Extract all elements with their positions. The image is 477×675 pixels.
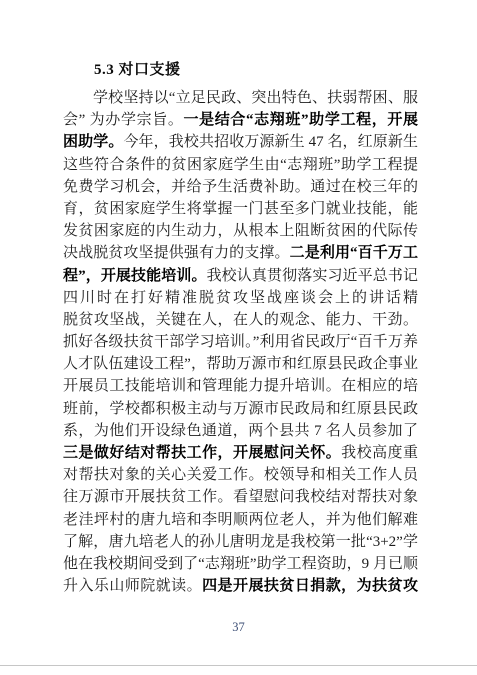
text-line: 人才队伍建设工程”，帮助万源市和红原县民政企事业单位 [63,353,418,375]
text-line: 对帮扶对象的关心关爱工作。校领导和相关工作人员 3 次前 [63,464,418,486]
text-segment: 抓好各级扶贫干部学习培训。”利用省民政厅“百千万养老 [63,334,418,353]
text-segment: 老洼坪村的唐九培和李明顺两位老人，并为他们解难题。经 [63,512,418,531]
text-segment: 升入乐山师院就读。 [63,578,202,594]
text-segment: 三是做好结对帮扶工作，开展慰问关怀。 [63,445,341,461]
text-segment: 开展员工技能培训和管理能力提升培训。在相应的培训班开 [63,378,418,397]
text-line: 他在我校期间受到了“志翔班”助学工程资助，9 月已顺利 [63,553,418,575]
text-segment: 学校坚持以“立足民政、突出特色、扶弱帮困、服务社 [93,90,418,109]
text-segment: 人才队伍建设工程”，帮助万源市和红原县民政企事业单位 [63,356,418,375]
text-segment: 育，贫困家庭学生将掌握一门甚至多门就业技能，能有效激 [63,201,418,220]
text-segment: 往万源市开展扶贫工作。看望慰问我校结对帮扶对象茶垭乡 [63,489,418,508]
text-line: 三是做好结对帮扶工作，开展慰问关怀。我校高度重视对结 [63,442,418,464]
text-line: 开展员工技能培训和管理能力提升培训。在相应的培训班开 [63,375,418,397]
text-line: 往万源市开展扶贫工作。看望慰问我校结对帮扶对象茶垭乡 [63,486,418,508]
text-line: 学校坚持以“立足民政、突出特色、扶弱帮困、服务社 [63,87,418,109]
text-line: 免费学习机会，并给予生活费补助。通过在校三年的职业教 [63,176,418,198]
text-segment: 会” 为办学宗旨。 [63,112,183,128]
section-heading: 5.3 对口支援 [94,60,418,81]
text-line: 班前，学校都积极主动与万源市民政局和红原县民政局联 [63,398,418,420]
page-number: 37 [0,620,477,635]
text-line: 会” 为办学宗旨。一是结合“志翔班”助学工程，开展帮 [63,109,418,131]
text-segment: 免费学习机会，并给予生活费补助。通过在校三年的职业教 [63,179,418,198]
text-segment: 脱贫攻坚战，关键在人，在人的观念、能力、干劲。要突出 [63,312,418,331]
text-line: 程”，开展技能培训。我校认真贯彻落实习近平总书记视察 [63,265,418,287]
text-segment: 了解，唐九培老人的孙儿唐明龙是我校第一批“3+2”学生， [63,534,418,553]
paragraph: 学校坚持以“立足民政、突出特色、扶弱帮困、服务社会” 为办学宗旨。一是结合“志翔… [63,87,418,597]
text-segment: 系，为他们开设绿色通道，两个县共 7 名人员参加了培训。 [63,423,418,442]
text-segment: 班前，学校都积极主动与万源市民政局和红原县民政局联 [63,401,418,420]
text-segment: 这些符合条件的贫困家庭学生由“志翔班”助学工程提供 [63,157,418,176]
text-line: 脱贫攻坚战，关键在人，在人的观念、能力、干劲。要突出 [63,309,418,331]
text-segment: 决战脱贫攻坚提供强有力的支撑。 [63,245,290,261]
text-segment: 四川时在打好精准脱贫攻坚战座谈会上的讲话精神，“打好 [63,290,418,309]
text-line: 升入乐山师院就读。四是开展扶贫日捐款，为扶贫攻坚贡献 [63,575,418,597]
document-page: 5.3 对口支援 学校坚持以“立足民政、突出特色、扶弱帮困、服务社会” 为办学宗… [0,0,477,675]
text-line: 困助学。今年，我校共招收万源新生 47 名，红原新生 1 名。 [63,131,418,153]
text-line: 发贫困家庭的内生动力，从根本上阻断贫困的代际传递，为 [63,220,418,242]
text-segment: 发贫困家庭的内生动力，从根本上阻断贫困的代际传递，为 [63,223,418,242]
text-segment: 他在我校期间受到了“志翔班”助学工程资助，9 月已顺利 [63,556,418,575]
text-segment: 困助学。 [63,134,123,150]
text-segment: 对帮扶对象的关心关爱工作。校领导和相关工作人员 3 次前 [63,467,418,486]
text-line: 四川时在打好精准脱贫攻坚战座谈会上的讲话精神，“打好 [63,287,418,309]
text-segment: 程”，开展技能培训。 [63,268,207,284]
text-line: 了解，唐九培老人的孙儿唐明龙是我校第一批“3+2”学生， [63,531,418,553]
text-line: 决战脱贫攻坚提供强有力的支撑。二是利用“百千万工 [63,242,418,264]
text-line: 这些符合条件的贫困家庭学生由“志翔班”助学工程提供 [63,154,418,176]
page-content: 5.3 对口支援 学校坚持以“立足民政、突出特色、扶弱帮困、服务社会” 为办学宗… [63,60,418,597]
text-line: 老洼坪村的唐九培和李明顺两位老人，并为他们解难题。经 [63,509,418,531]
text-line: 系，为他们开设绿色通道，两个县共 7 名人员参加了培训。 [63,420,418,442]
text-line: 育，贫困家庭学生将掌握一门甚至多门就业技能，能有效激 [63,198,418,220]
page-bottom-edge [0,665,477,666]
text-segment: 二是利用“百千万工 [290,245,418,261]
text-line: 抓好各级扶贫干部学习培训。”利用省民政厅“百千万养老 [63,331,418,353]
